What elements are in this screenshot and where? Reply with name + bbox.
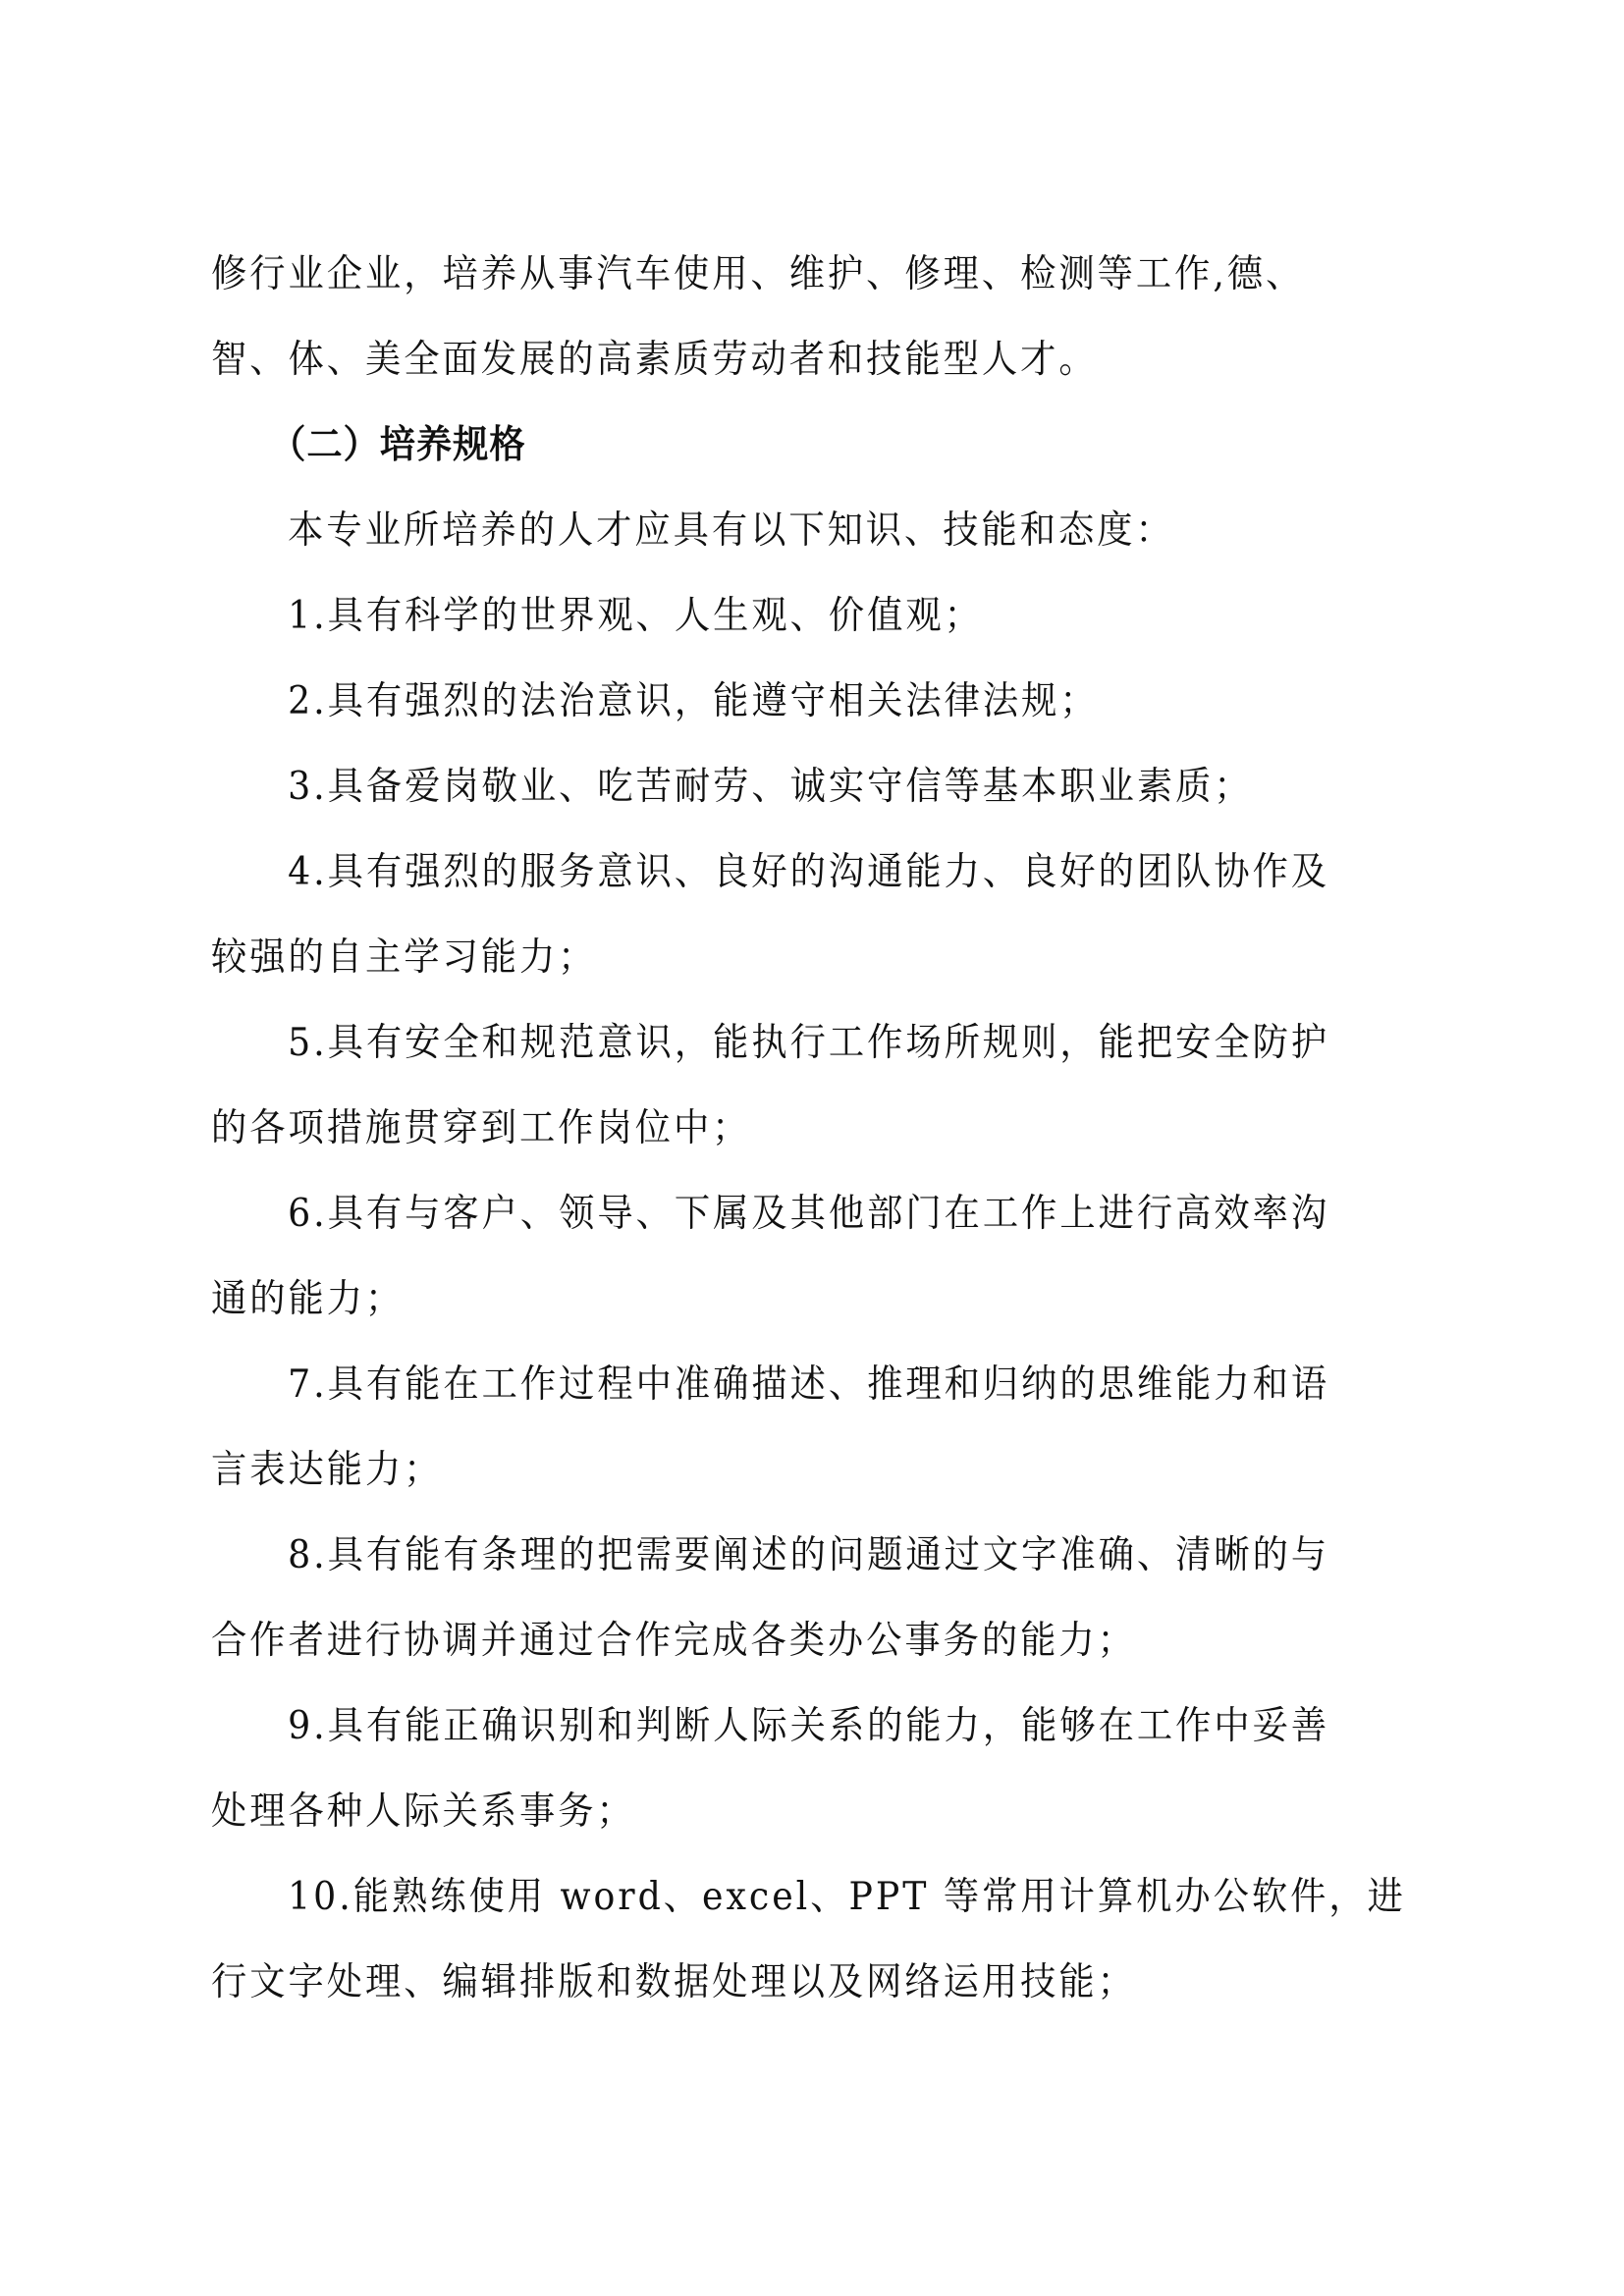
list-item-4-line-2: 较强的自主学习能力； (211, 915, 1334, 1000)
list-item-2: 2.具有强烈的法治意识，能遵守相关法律法规； (211, 659, 1334, 744)
section-lead: 本专业所培养的人才应具有以下知识、技能和态度： (211, 488, 1334, 573)
list-item-1: 1.具有科学的世界观、人生观、价值观； (211, 573, 1334, 659)
list-item-10-line-1: 10.能熟练使用 word、excel、PPT 等常用计算机办公软件，进 (211, 1854, 1334, 1940)
list-item-8-line-1: 8.具有能有条理的把需要阐述的问题通过文字准确、清晰的与 (211, 1513, 1334, 1598)
list-item-5-line-1: 5.具有安全和规范意识，能执行工作场所规则，能把安全防护 (211, 1000, 1334, 1086)
document-page: 修行业企业，培养从事汽车使用、维护、修理、检测等工作,德、 智、体、美全面发展的… (211, 232, 1419, 2025)
list-item-6-line-2: 通的能力； (211, 1256, 1334, 1342)
list-item-8-line-2: 合作者进行协调并通过合作完成各类办公事务的能力； (211, 1598, 1334, 1683)
intro-line-2: 智、体、美全面发展的高素质劳动者和技能型人才。 (211, 317, 1334, 402)
list-item-7-line-2: 言表达能力； (211, 1427, 1334, 1513)
list-item-3: 3.具备爱岗敬业、吃苦耐劳、诚实守信等基本职业素质； (211, 744, 1334, 829)
list-item-10-line-2: 行文字处理、编辑排版和数据处理以及网络运用技能； (211, 1940, 1334, 2025)
list-item-9-line-2: 处理各种人际关系事务； (211, 1769, 1334, 1854)
list-item-6-line-1: 6.具有与客户、领导、下属及其他部门在工作上进行高效率沟 (211, 1171, 1334, 1256)
list-item-7-line-1: 7.具有能在工作过程中准确描述、推理和归纳的思维能力和语 (211, 1342, 1334, 1427)
list-item-5-line-2: 的各项措施贯穿到工作岗位中； (211, 1086, 1334, 1171)
intro-line-1: 修行业企业，培养从事汽车使用、维护、修理、检测等工作,德、 (211, 232, 1334, 317)
section-heading: （二）培养规格 (193, 402, 1333, 488)
list-item-4-line-1: 4.具有强烈的服务意识、良好的沟通能力、良好的团队协作及 (211, 829, 1334, 915)
list-item-9-line-1: 9.具有能正确识别和判断人际关系的能力，能够在工作中妥善 (211, 1683, 1334, 1769)
